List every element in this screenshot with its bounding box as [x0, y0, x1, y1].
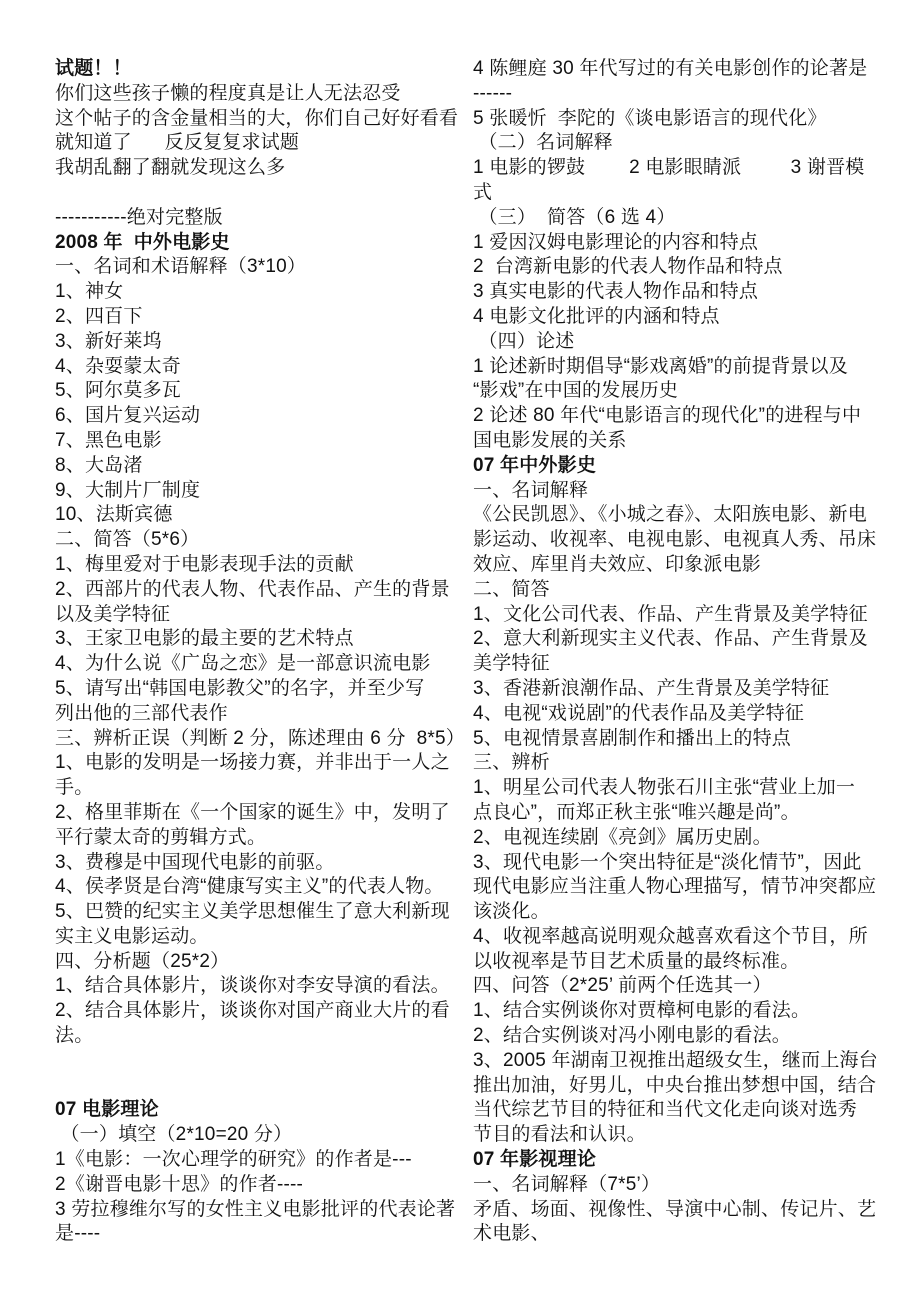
text-line: 8、大岛渚 — [55, 454, 467, 479]
text-line: 4、为什么说《广岛之恋》是一部意识流电影 — [55, 652, 467, 677]
text-line: 四、分析题（25*2） — [55, 950, 467, 975]
text-line: 2、结合实例谈对冯小刚电影的看法。 — [473, 1024, 885, 1049]
text-line: 点良心”，而郑正秋主张“唯兴趣是尚”。 — [473, 801, 885, 826]
text-line: 10、法斯宾德 — [55, 503, 467, 528]
text-line: -----------绝对完整版 — [55, 206, 467, 231]
text-line: 是---- — [55, 1222, 467, 1247]
text-line: 3 真实电影的代表人物作品和特点 — [473, 280, 885, 305]
text-line: 2、意大利新现实主义代表、作品、产生背景及 — [473, 627, 885, 652]
text-line: 1、结合具体影片，谈谈你对李安导演的看法。 — [55, 974, 467, 999]
text-line: 平行蒙太奇的剪辑方式。 — [55, 826, 467, 851]
text-line: 列出他的三部代表作 — [55, 702, 467, 727]
text-line: 你们这些孩子懒的程度真是让人无法忍受 — [55, 82, 467, 107]
text-line: 美学特征 — [473, 652, 885, 677]
text-line: 2、格里菲斯在《一个国家的诞生》中，发明了 — [55, 801, 467, 826]
section-heading: 07 年影视理论 — [473, 1148, 885, 1173]
text-line: 手。 — [55, 776, 467, 801]
text-line: （三） 简答（6 选 4） — [473, 206, 885, 231]
text-line: 以收视率是节目艺术质量的最终标准。 — [473, 950, 885, 975]
text-line: 2、结合具体影片，谈谈你对国产商业大片的看 — [55, 999, 467, 1024]
text-line: 5 张暖忻 李陀的《谈电影语言的现代化》 — [473, 107, 885, 132]
text-line: （一）填空（2*10=20 分） — [55, 1123, 467, 1148]
text-line: 该淡化。 — [473, 900, 885, 925]
text-line: 5、电视情景喜剧制作和播出上的特点 — [473, 727, 885, 752]
text-line: （二）名词解释 — [473, 131, 885, 156]
text-line: 这个帖子的含金量相当的大，你们自己好好看看 — [55, 107, 467, 132]
text-line: 3、王家卫电影的最主要的艺术特点 — [55, 627, 467, 652]
text-line: 1、文化公司代表、作品、产生背景及美学特征 — [473, 603, 885, 628]
text-line: 3、新好莱坞 — [55, 330, 467, 355]
text-line: 4、电视“戏说剧”的代表作品及美学特征 — [473, 702, 885, 727]
text-line: “影戏”在中国的发展历史 — [473, 379, 885, 404]
text-line: 3、现代电影一个突出特征是“淡化情节”，因此 — [473, 851, 885, 876]
text-line: 三、辨析 — [473, 751, 885, 776]
text-line: 1、神女 — [55, 280, 467, 305]
text-line: 7、黑色电影 — [55, 429, 467, 454]
text-line: 1、电影的发明是一场接力赛，并非出于一人之 — [55, 751, 467, 776]
text-line: 就知道了 反反复复求试题 — [55, 131, 467, 156]
section-heading: 07 年中外影史 — [473, 454, 885, 479]
text-line: 推出加油，好男儿，中央台推出梦想中国，结合 — [473, 1074, 885, 1099]
text-line: 1 论述新时期倡导“影戏离婚”的前提背景以及 — [473, 355, 885, 380]
text-line: 一、名词解释（7*5’） — [473, 1173, 885, 1198]
text-line: 效应、库里肖夫效应、印象派电影 — [473, 553, 885, 578]
text-line: 当代综艺节目的特征和当代文化走向谈对选秀 — [473, 1098, 885, 1123]
text-line: 4、杂耍蒙太奇 — [55, 355, 467, 380]
text-line: 影运动、收视率、电视电影、电视真人秀、吊床 — [473, 528, 885, 553]
text-line: 节目的看法和认识。 — [473, 1123, 885, 1148]
text-line: 1、明星公司代表人物张石川主张“营业上加一 — [473, 776, 885, 801]
text-line: 2、西部片的代表人物、代表作品、产生的背景 — [55, 578, 467, 603]
section-heading: 2008 年 中外电影史 — [55, 231, 467, 256]
left-column: 试题！！你们这些孩子懒的程度真是让人无法忍受这个帖子的含金量相当的大，你们自己好… — [55, 57, 467, 1247]
text-line: 1、结合实例谈你对贾樟柯电影的看法。 — [473, 999, 885, 1024]
text-line — [55, 181, 467, 206]
text-line: 4 电影文化批评的内涵和特点 — [473, 305, 885, 330]
text-line: 1 爱因汉姆电影理论的内容和特点 — [473, 231, 885, 256]
text-line: 式 — [473, 181, 885, 206]
text-line: 实主义电影运动。 — [55, 925, 467, 950]
text-line: 4、侯孝贤是台湾“健康写实主义”的代表人物。 — [55, 875, 467, 900]
right-column: 4 陈鲤庭 30 年代写过的有关电影创作的论著是------5 张暖忻 李陀的《… — [473, 57, 885, 1247]
text-line: 5、阿尔莫多瓦 — [55, 379, 467, 404]
text-line: 3、费穆是中国现代电影的前驱。 — [55, 851, 467, 876]
text-line: 2《谢晋电影十思》的作者---- — [55, 1173, 467, 1198]
text-line: 二、简答（5*6） — [55, 528, 467, 553]
document-page: 试题！！你们这些孩子懒的程度真是让人无法忍受这个帖子的含金量相当的大，你们自己好… — [0, 0, 920, 1302]
text-line: 矛盾、场面、视像性、导演中心制、传记片、艺 — [473, 1198, 885, 1223]
text-line: 9、大制片厂制度 — [55, 479, 467, 504]
text-line: 2 台湾新电影的代表人物作品和特点 — [473, 255, 885, 280]
section-heading: 07 电影理论 — [55, 1098, 467, 1123]
text-line — [55, 1074, 467, 1099]
text-line: 5、巴赞的纪实主义美学思想催生了意大利新现 — [55, 900, 467, 925]
text-line: 二、简答 — [473, 578, 885, 603]
text-line: 1《电影：一次心理学的研究》的作者是--- — [55, 1148, 467, 1173]
text-line: （四）论述 — [473, 330, 885, 355]
text-line: 现代电影应当注重人物心理描写，情节冲突都应 — [473, 875, 885, 900]
text-line: 2 论述 80 年代“电影语言的现代化”的进程与中 — [473, 404, 885, 429]
text-line: 5、请写出“韩国电影教父”的名字，并至少写 — [55, 677, 467, 702]
text-line: 3 劳拉穆维尔写的女性主义电影批评的代表论著 — [55, 1198, 467, 1223]
text-line: 4、收视率越高说明观众越喜欢看这个节目，所 — [473, 925, 885, 950]
text-line: 我胡乱翻了翻就发现这么多 — [55, 156, 467, 181]
text-line: 3、香港新浪潮作品、产生背景及美学特征 — [473, 677, 885, 702]
text-line: 国电影发展的关系 — [473, 429, 885, 454]
text-line: 2、四百下 — [55, 305, 467, 330]
text-line: ------ — [473, 82, 885, 107]
text-line: 2、电视连续剧《亮剑》属历史剧。 — [473, 826, 885, 851]
text-line: 三、辨析正误（判断 2 分，陈述理由 6 分 8*5） — [55, 727, 467, 752]
text-line: 1、梅里爱对于电影表现手法的贡献 — [55, 553, 467, 578]
text-line: 4 陈鲤庭 30 年代写过的有关电影创作的论著是 — [473, 57, 885, 82]
text-line: 四、问答（2*25’ 前两个任选其一） — [473, 974, 885, 999]
text-line: 3、2005 年湖南卫视推出超级女生，继而上海台 — [473, 1049, 885, 1074]
text-line: 一、名词和术语解释（3*10） — [55, 255, 467, 280]
text-line: 1 电影的锣鼓 2 电影眼睛派 3 谢晋模 — [473, 156, 885, 181]
section-heading: 试题！！ — [55, 57, 467, 82]
text-line: 法。 — [55, 1024, 467, 1049]
text-line: 以及美学特征 — [55, 603, 467, 628]
text-line — [55, 1049, 467, 1074]
text-line: 《公民凯恩》、《小城之春》、太阳族电影、新电 — [473, 503, 885, 528]
text-line: 6、国片复兴运动 — [55, 404, 467, 429]
text-line: 一、名词解释 — [473, 479, 885, 504]
text-line: 术电影、 — [473, 1222, 885, 1247]
